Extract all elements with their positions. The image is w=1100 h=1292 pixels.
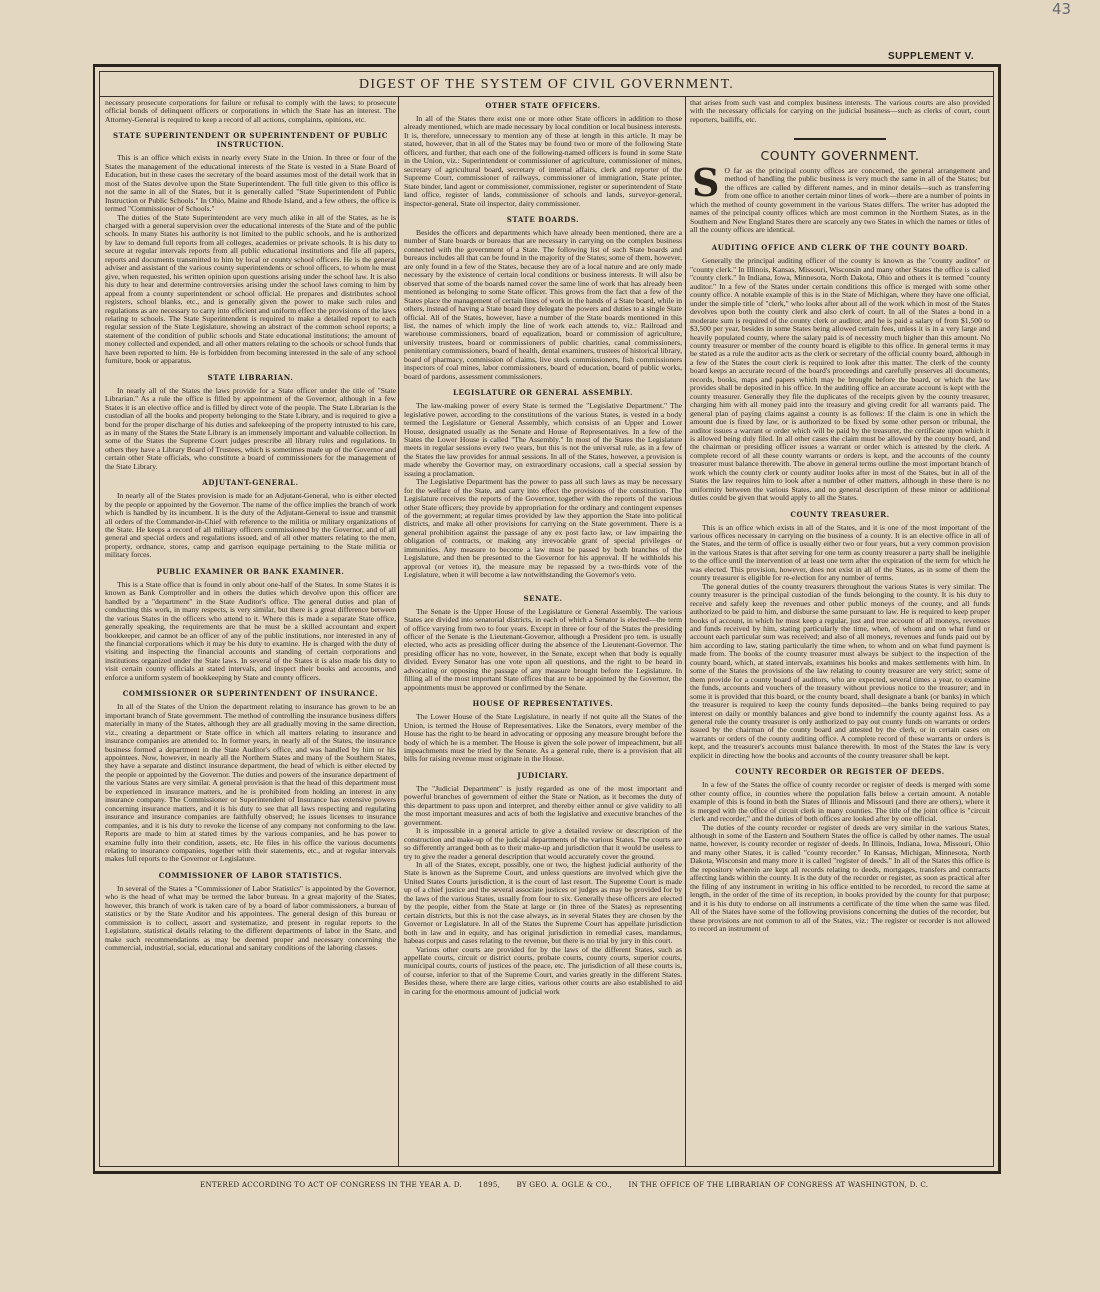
paragraph: The Senate is the Upper House of the Leg…: [404, 608, 682, 693]
paragraph: Besides the officers and departments whi…: [404, 229, 682, 381]
paragraph: The duties of the county recorder or reg…: [690, 824, 990, 934]
paragraph: Various other courts are provided for by…: [404, 946, 682, 997]
paragraph: The Legislative Department has the power…: [404, 478, 682, 579]
paragraph: The Lower House of the State Legislature…: [404, 713, 682, 764]
paragraph: This is an office which exists in nearly…: [105, 154, 396, 213]
supplement-label: SUPPLEMENT V.: [888, 51, 974, 62]
paragraph: It is impossible in a general article to…: [404, 827, 682, 861]
paragraph: The duties of the State Superintendent a…: [105, 214, 396, 366]
county-government-title: COUNTY GOVERNMENT.: [690, 152, 990, 160]
footer-publisher: BY GEO. A. OGLE & CO.,: [517, 1180, 613, 1189]
section-heading: ADJUTANT-GENERAL.: [105, 478, 396, 487]
page-inner-frame: DIGEST OF THE SYSTEM OF CIVIL GOVERNMENT…: [99, 71, 994, 1167]
section-heading: STATE BOARDS.: [404, 215, 682, 224]
page-title: DIGEST OF THE SYSTEM OF CIVIL GOVERNMENT…: [100, 72, 993, 97]
paragraph: In all of the States, except, possibly, …: [404, 861, 682, 946]
county-government-lead: SO far as the principal county offices a…: [690, 167, 990, 235]
column-intro: that arises from such vast and complex b…: [690, 99, 990, 124]
paragraph: In a few of the States the office of cou…: [690, 781, 990, 823]
section-heading: COUNTY RECORDER OR REGISTER OF DEEDS.: [690, 767, 990, 776]
left-column: necessary prosecute corporations for fai…: [105, 99, 396, 1164]
section-heading: COMMISSIONER OF LABOR STATISTICS.: [105, 871, 396, 880]
section-heading: PUBLIC EXAMINER OR BANK EXAMINER.: [105, 567, 396, 576]
paragraph: This is an office which exists in all of…: [690, 524, 990, 583]
lead-text: O far as the principal county offices ar…: [690, 166, 990, 234]
column-intro: necessary prosecute corporations for fai…: [105, 99, 396, 124]
section-heading: STATE SUPERINTENDENT OR SUPERINTENDENT O…: [105, 131, 396, 149]
paragraph: This is a State office that is found in …: [105, 581, 396, 682]
paragraph: In nearly all of the States the laws pro…: [105, 387, 396, 472]
paragraph: In nearly all of the States provision is…: [105, 492, 396, 560]
drop-cap: S: [692, 168, 719, 198]
column-divider: [398, 96, 399, 1166]
copyright-footer: ENTERED ACCORDING TO ACT OF CONGRESS IN …: [200, 1180, 960, 1189]
section-heading: JUDICIARY.: [404, 771, 682, 780]
page-frame: DIGEST OF THE SYSTEM OF CIVIL GOVERNMENT…: [93, 64, 1001, 1174]
section-heading: OTHER STATE OFFICERS.: [404, 101, 682, 110]
paragraph: Generally the principal auditing officer…: [690, 257, 990, 502]
paragraph: The "Judicial Department" is justly rega…: [404, 785, 682, 827]
section-heading: AUDITING OFFICE AND CLERK OF THE COUNTY …: [690, 243, 990, 252]
footer-office: IN THE OFFICE OF THE LIBRARIAN OF CONGRE…: [629, 1180, 929, 1189]
paragraph: In all of the States of the Union the de…: [105, 703, 396, 864]
footer-entered: ENTERED ACCORDING TO ACT OF CONGRESS IN …: [200, 1180, 462, 1189]
right-column: that arises from such vast and complex b…: [690, 99, 990, 1164]
paragraph: The law-making power of every State is t…: [404, 402, 682, 478]
middle-column: OTHER STATE OFFICERS. In all of the Stat…: [404, 99, 682, 1164]
section-heading: HOUSE OF REPRESENTATIVES.: [404, 699, 682, 708]
column-divider: [685, 96, 686, 1166]
section-heading: COUNTY TREASURER.: [690, 510, 990, 519]
section-divider-rule: [794, 138, 886, 140]
page-number: 43: [1052, 0, 1071, 18]
section-heading: LEGISLATURE OR GENERAL ASSEMBLY.: [404, 388, 682, 397]
section-heading: STATE LIBRARIAN.: [105, 373, 396, 382]
paragraph: In all of the States there exist one or …: [404, 115, 682, 208]
section-heading: SENATE.: [404, 594, 682, 603]
paragraph: The general duties of the county treasur…: [690, 583, 990, 761]
footer-year: 1895,: [478, 1180, 500, 1189]
section-heading: COMMISSIONER OR SUPERINTENDENT OF INSURA…: [105, 689, 396, 698]
paragraph: In several of the States a "Commissioner…: [105, 885, 396, 953]
